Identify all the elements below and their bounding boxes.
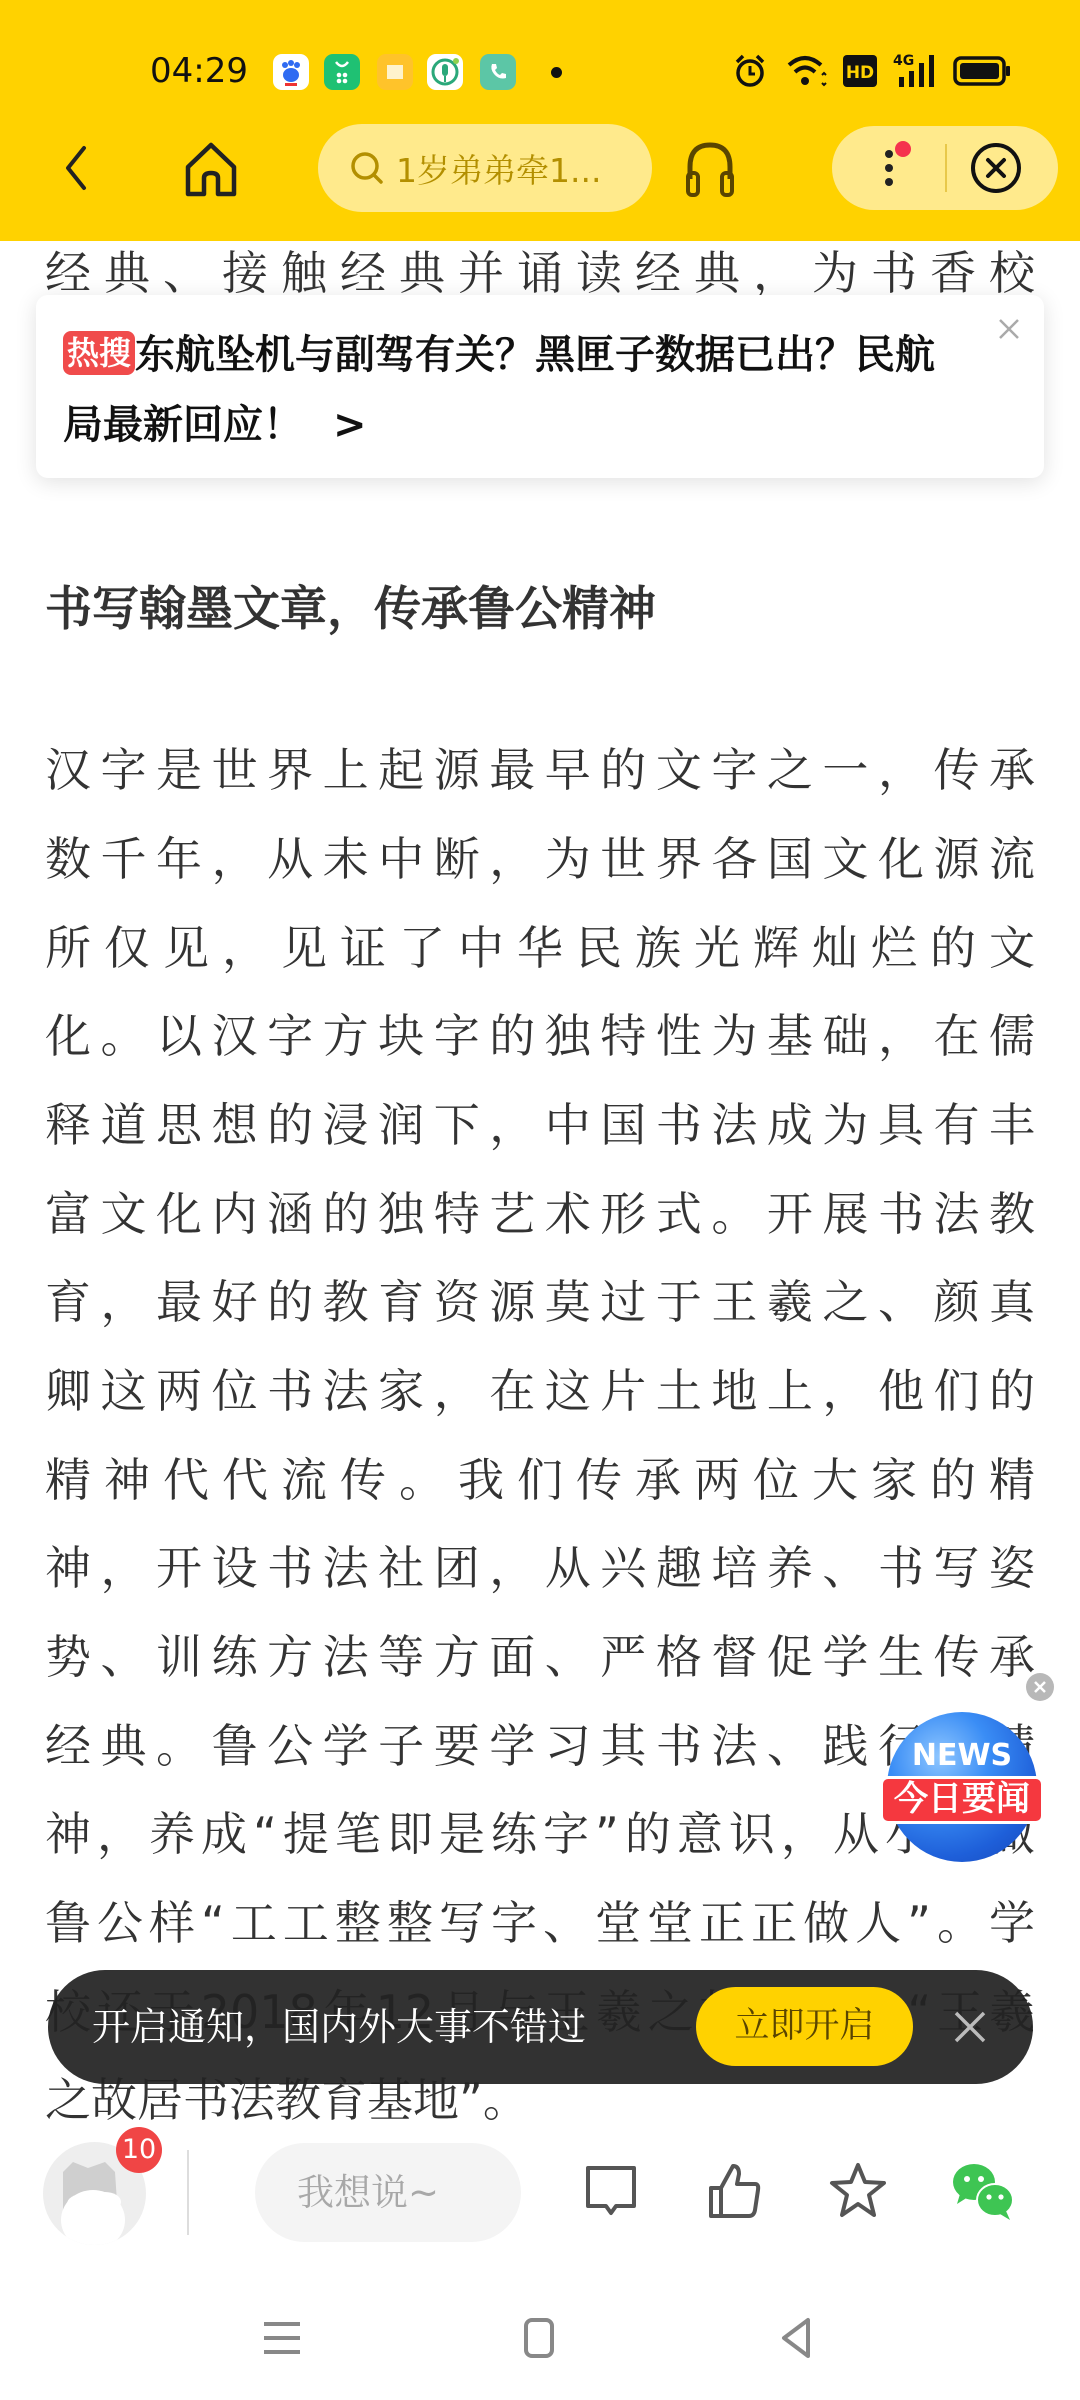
like-icon	[703, 2160, 765, 2222]
news-label: NEWS	[887, 1738, 1037, 1773]
home-button[interactable]	[176, 134, 246, 204]
hot-search-text[interactable]: 热搜东航坠机与副驾有关？黑匣子数据已出？民航局最新回应！>	[63, 320, 963, 460]
app-header: 04:29 HD 4G	[0, 0, 1080, 241]
search-input[interactable]: 1岁弟弟牵1...	[318, 124, 652, 212]
article-section-heading: 书写翰墨文章，传承鲁公精神	[45, 578, 656, 642]
nav-row: 1岁弟弟牵1...	[0, 120, 1080, 216]
phone-icon	[480, 54, 516, 90]
article-line: 卿这两位书法家，在这片土地上，他们的	[45, 1361, 1035, 1421]
hot-search-banner[interactable]: 热搜东航坠机与副驾有关？黑匣子数据已出？民航局最新回应！>	[36, 295, 1044, 478]
wechat-icon	[950, 2160, 1016, 2222]
comment-icon	[580, 2160, 642, 2222]
mini-program-capsule	[832, 126, 1058, 210]
system-navigation-bar	[0, 2280, 1080, 2400]
chevron-left-icon	[62, 144, 90, 192]
chevron-right-icon: >	[333, 402, 367, 448]
hot-search-headline: 东航坠机与副驾有关？黑匣子数据已出？民航局最新回应！	[63, 332, 935, 448]
close-icon	[994, 314, 1024, 344]
divider	[187, 2150, 189, 2235]
hd-icon: HD	[843, 50, 877, 92]
notification-prompt: 开启通知，国内外大事不错过 立即开启	[48, 1970, 1033, 2084]
article-line: 经典、接触经典并诵读经典，为书香校	[45, 243, 1035, 303]
enable-notifications-button[interactable]: 立即开启	[696, 1987, 913, 2066]
notification-prompt-text: 开启通知，国内外大事不错过	[92, 2000, 586, 2054]
article-line: 汉字是世界上起源最早的文字之一，传承	[45, 740, 1035, 800]
favorite-button[interactable]	[827, 2160, 889, 2222]
system-home-button[interactable]	[509, 2308, 569, 2368]
article-line: 势、训练方法等方面、严格督促学生传承	[45, 1627, 1035, 1687]
comment-button[interactable]	[580, 2160, 642, 2222]
4g-signal-icon: 4G	[893, 50, 939, 92]
article-line: 富文化内涵的独特艺术形式。开展书法教	[45, 1184, 1035, 1244]
article-line: 释道思想的浸润下，中国书法成为具有丰	[45, 1095, 1035, 1155]
more-notifications-dot	[551, 67, 562, 78]
svg-text:4G: 4G	[893, 53, 914, 69]
close-icon	[1032, 1679, 1048, 1695]
back-button[interactable]	[46, 138, 106, 198]
news-widget-close-button[interactable]	[1026, 1673, 1054, 1701]
status-time: 04:29	[150, 48, 248, 94]
hot-search-close-button[interactable]	[994, 314, 1024, 344]
baidu-icon	[273, 54, 309, 90]
article-line: 所仅见，见证了中华民族光辉灿烂的文	[45, 918, 1035, 978]
wechat-share-button[interactable]	[950, 2160, 1012, 2222]
star-icon	[827, 2160, 889, 2222]
article-line: 神，开设书法社团，从兴趣培养、书写姿	[45, 1538, 1035, 1598]
app-store-icon	[324, 54, 360, 90]
close-page-button[interactable]	[966, 138, 1026, 198]
radio-icon	[427, 54, 463, 90]
hot-search-tag: 热搜	[63, 331, 135, 375]
more-menu-button[interactable]	[862, 138, 922, 198]
headphones-icon	[684, 139, 736, 199]
recents-button[interactable]	[252, 2308, 312, 2368]
alarm-icon	[733, 50, 767, 92]
more-vertical-icon	[872, 140, 912, 196]
close-icon	[950, 2007, 990, 2047]
listen-button[interactable]	[675, 134, 745, 204]
home-icon	[182, 140, 240, 198]
bottom-action-bar: 10 我想说~	[0, 2120, 1080, 2260]
search-placeholder: 1岁弟弟牵1...	[396, 145, 601, 192]
status-bar: 04:29 HD 4G	[0, 40, 1080, 102]
article-line: 化。以汉字方块字的独特性为基础，在儒	[45, 1006, 1035, 1066]
article-line: 育，最好的教育资源莫过于王羲之、颜真	[45, 1272, 1035, 1332]
search-icon	[348, 149, 386, 187]
battery-icon	[953, 50, 1011, 92]
capsule-divider	[945, 144, 947, 192]
close-circle-icon	[969, 141, 1023, 195]
article-line: 精神代代流传。我们传承两位大家的精	[45, 1450, 1035, 1510]
comment-input[interactable]: 我想说~	[255, 2143, 521, 2242]
article-line: 鲁公样“工工整整写字、堂堂正正做人”。学	[45, 1893, 1035, 1953]
like-button[interactable]	[703, 2160, 765, 2222]
wifi-icon	[786, 50, 828, 92]
reader-icon	[377, 54, 413, 90]
system-back-button[interactable]	[768, 2308, 828, 2368]
back-triangle-icon	[768, 2308, 828, 2368]
recents-icon	[252, 2308, 312, 2368]
svg-text:HD: HD	[846, 63, 874, 83]
message-count-badge: 10	[116, 2127, 162, 2173]
home-square-icon	[509, 2308, 569, 2368]
article-line: 数千年，从未中断，为世界各国文化源流	[45, 829, 1035, 889]
notification-prompt-close-button[interactable]	[950, 2007, 990, 2047]
today-news-label[interactable]: 今日要闻	[880, 1776, 1044, 1824]
